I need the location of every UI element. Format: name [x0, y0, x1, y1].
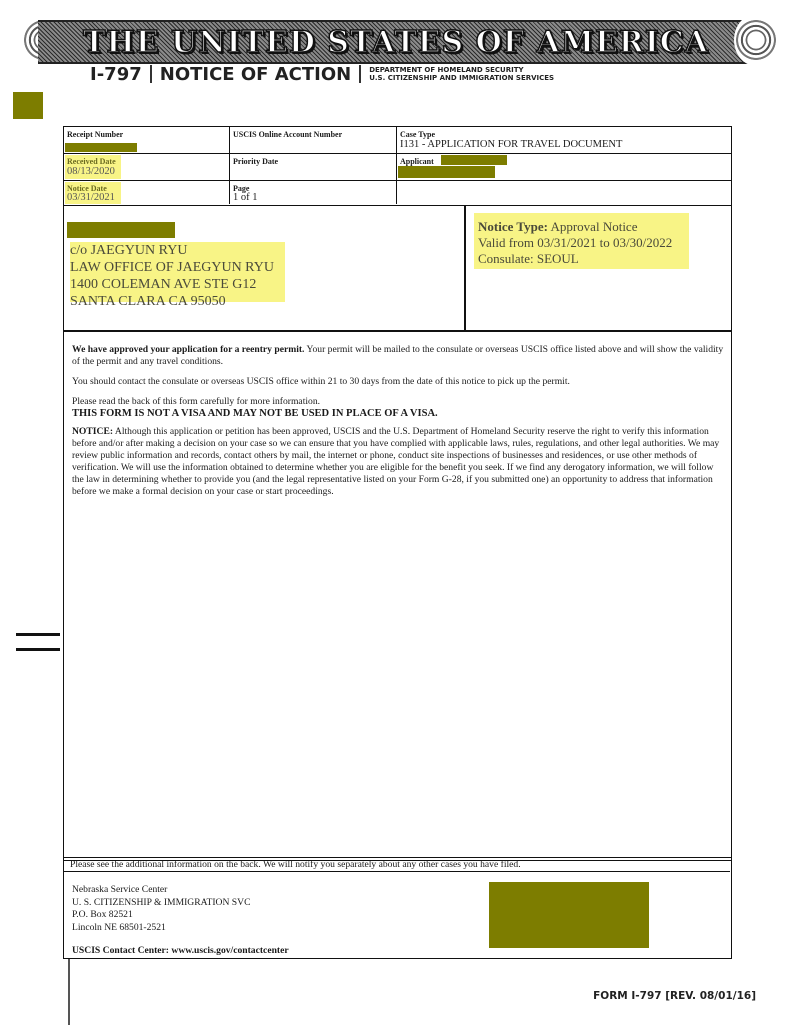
divider	[150, 65, 152, 83]
footer-section: Please see the additional information on…	[63, 857, 732, 959]
applicant-cell: Applicant	[397, 154, 731, 181]
additional-info: Please see the additional information on…	[64, 858, 730, 872]
address-section: c/o JAEGYUN RYU LAW OFFICE OF JAEGYUN RY…	[63, 206, 732, 331]
form-header: I-797 NOTICE OF ACTION DEPARTMENT OF HOM…	[90, 62, 554, 86]
applicant-redaction	[398, 166, 495, 178]
department-block: DEPARTMENT OF HOMELAND SECURITY U.S. CIT…	[369, 66, 554, 82]
address-line: c/o JAEGYUN RYU	[70, 242, 274, 259]
verification-notice: NOTICE: Although this application or pet…	[72, 426, 724, 498]
margin-line	[68, 959, 70, 1025]
notice-title: NOTICE OF ACTION	[160, 64, 351, 85]
consulate-line: Consulate: SEOUL	[478, 251, 672, 267]
recipient-name-redaction	[67, 222, 175, 238]
notice-body: We have approved your application for a …	[63, 331, 732, 861]
receipt-number-redaction	[65, 143, 137, 152]
scan-mark	[16, 648, 60, 651]
service-center-address: Nebraska Service Center U. S. CITIZENSHI…	[72, 884, 250, 934]
received-date-cell: Received Date 08/13/2020	[64, 154, 230, 181]
priority-date-label: Priority Date	[233, 157, 278, 166]
notice-type-value: Approval Notice	[550, 219, 637, 234]
validity-line: Valid from 03/31/2021 to 03/30/2022	[478, 235, 672, 251]
receipt-number-cell: Receipt Number	[64, 127, 230, 154]
read-back-line: Please read the back of this form carefu…	[72, 396, 724, 408]
agency-name: U.S. CITIZENSHIP AND IMMIGRATION SERVICE…	[369, 74, 554, 82]
banner-ornament-right	[734, 14, 778, 66]
department-name: DEPARTMENT OF HOMELAND SECURITY	[369, 66, 554, 74]
received-date-value: 08/13/2020	[67, 166, 115, 177]
office-line: Lincoln NE 68501-2521	[72, 922, 250, 935]
notice-date-cell: Notice Date 03/31/2021	[64, 181, 230, 204]
priority-date-cell: Priority Date	[230, 154, 397, 181]
office-line: Nebraska Service Center	[72, 884, 250, 897]
case-type-label: Case Type	[400, 130, 435, 139]
banner-title: THE UNITED STATES OF AMERICA	[83, 25, 709, 60]
redaction-block	[13, 92, 43, 119]
applicant-label: Applicant	[400, 157, 434, 166]
case-type-cell: Case Type I131 - APPLICATION FOR TRAVEL …	[397, 127, 731, 154]
case-info-grid: Receipt Number USCIS Online Account Numb…	[63, 126, 732, 206]
banner: THE UNITED STATES OF AMERICA	[38, 20, 754, 64]
approval-paragraph: We have approved your application for a …	[72, 344, 724, 368]
divider	[464, 206, 466, 331]
divider	[359, 65, 361, 83]
approval-bold: We have approved your application for a …	[72, 344, 304, 355]
form-revision: FORM I-797 [REV. 08/01/16]	[593, 990, 756, 1002]
contact-paragraph: You should contact the consulate or over…	[72, 376, 724, 388]
notice-date-value: 03/31/2021	[67, 192, 115, 203]
receipt-number-label: Receipt Number	[67, 130, 123, 139]
notice-text: Although this application or petition ha…	[72, 426, 719, 497]
online-account-label: USCIS Online Account Number	[233, 130, 342, 139]
barcode-redaction	[489, 882, 649, 948]
form-number: I-797	[90, 64, 142, 85]
empty-cell	[397, 181, 731, 204]
mailing-address: c/o JAEGYUN RYU LAW OFFICE OF JAEGYUN RY…	[70, 242, 274, 310]
online-account-cell: USCIS Online Account Number	[230, 127, 397, 154]
page-value: 1 of 1	[233, 192, 258, 203]
notice-info: Notice Type: Approval Notice Valid from …	[478, 219, 672, 267]
address-line: LAW OFFICE OF JAEGYUN RYU	[70, 259, 274, 276]
address-line: SANTA CLARA CA 95050	[70, 293, 274, 310]
notice-type-label: Notice Type:	[478, 219, 548, 234]
applicant-redaction	[441, 155, 507, 165]
page-cell: Page 1 of 1	[230, 181, 397, 204]
address-line: 1400 COLEMAN AVE STE G12	[70, 276, 274, 293]
scan-mark	[16, 633, 60, 636]
case-type-value: I131 - APPLICATION FOR TRAVEL DOCUMENT	[400, 139, 622, 150]
received-date-label: Received Date	[67, 157, 116, 166]
office-line: U. S. CITIZENSHIP & IMMIGRATION SVC	[72, 897, 250, 910]
office-line: P.O. Box 82521	[72, 909, 250, 922]
not-visa-warning: THIS FORM IS NOT A VISA AND MAY NOT BE U…	[72, 408, 724, 420]
contact-center: USCIS Contact Center: www.uscis.gov/cont…	[72, 945, 289, 956]
notice-label: NOTICE:	[72, 426, 113, 437]
